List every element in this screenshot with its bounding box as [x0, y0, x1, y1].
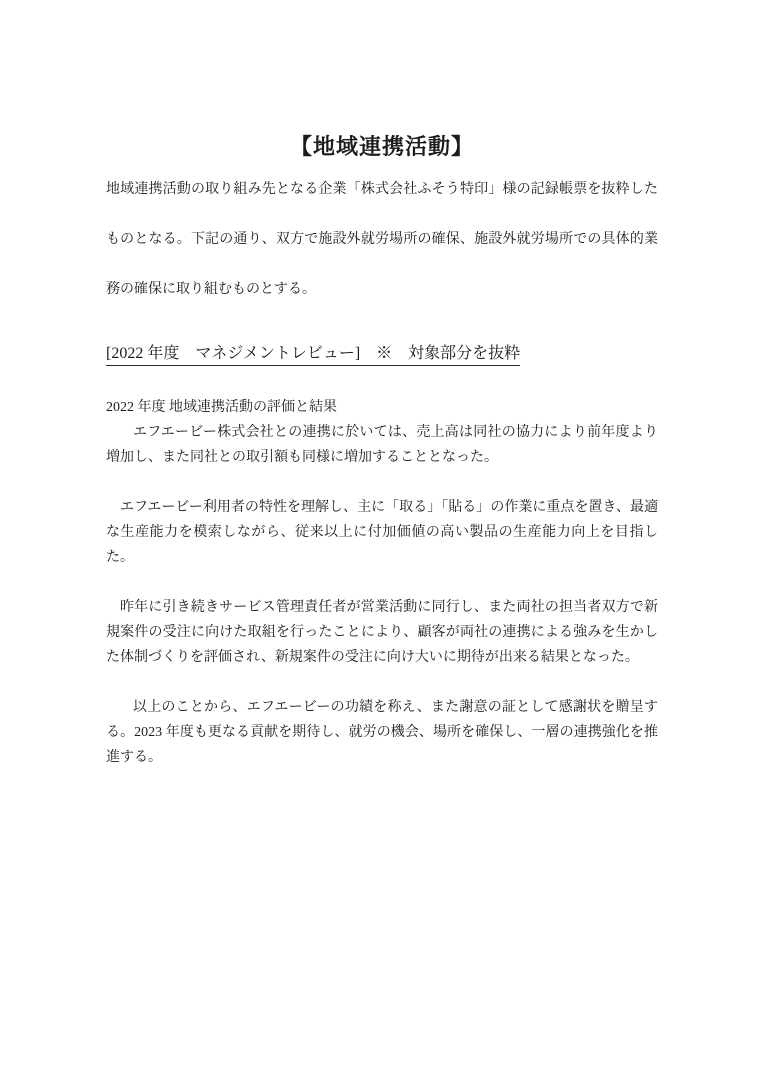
review-paragraph: 以上のことから、エフエービーの功績を称え、また謝意の証として感謝状を贈呈する。2… [106, 695, 658, 770]
review-block: 2022 年度 地域連携活動の評価と結果 エフエービー株式会社との連携に於いては… [106, 395, 658, 770]
section-heading-text: [2022 年度 マネジメントレビュー] ※ 対象部分を抜粋 [106, 345, 520, 366]
document-page: 【地域連携活動】 地域連携活動の取り組み先となる企業「株式会社ふそう特印」様の記… [0, 0, 764, 1080]
review-paragraph: エフエービー株式会社との連携に於いては、売上高は同社の協力により前年度より増加し… [106, 420, 658, 470]
section-heading: [2022 年度 マネジメントレビュー] ※ 対象部分を抜粋 [106, 342, 658, 366]
intro-paragraph: 地域連携活動の取り組み先となる企業「株式会社ふそう特印」様の記録帳票を抜粋したも… [106, 165, 658, 315]
review-paragraph: エフエービー利用者の特性を理解し、主に「取る」「貼る」の作業に重点を置き、最適な… [106, 495, 658, 570]
review-paragraph: 昨年に引き続きサービス管理責任者が営業活動に同行し、また両社の担当者双方で新規案… [106, 595, 658, 670]
review-heading: 2022 年度 地域連携活動の評価と結果 [106, 395, 658, 420]
document-title: 【地域連携活動】 [0, 0, 764, 162]
